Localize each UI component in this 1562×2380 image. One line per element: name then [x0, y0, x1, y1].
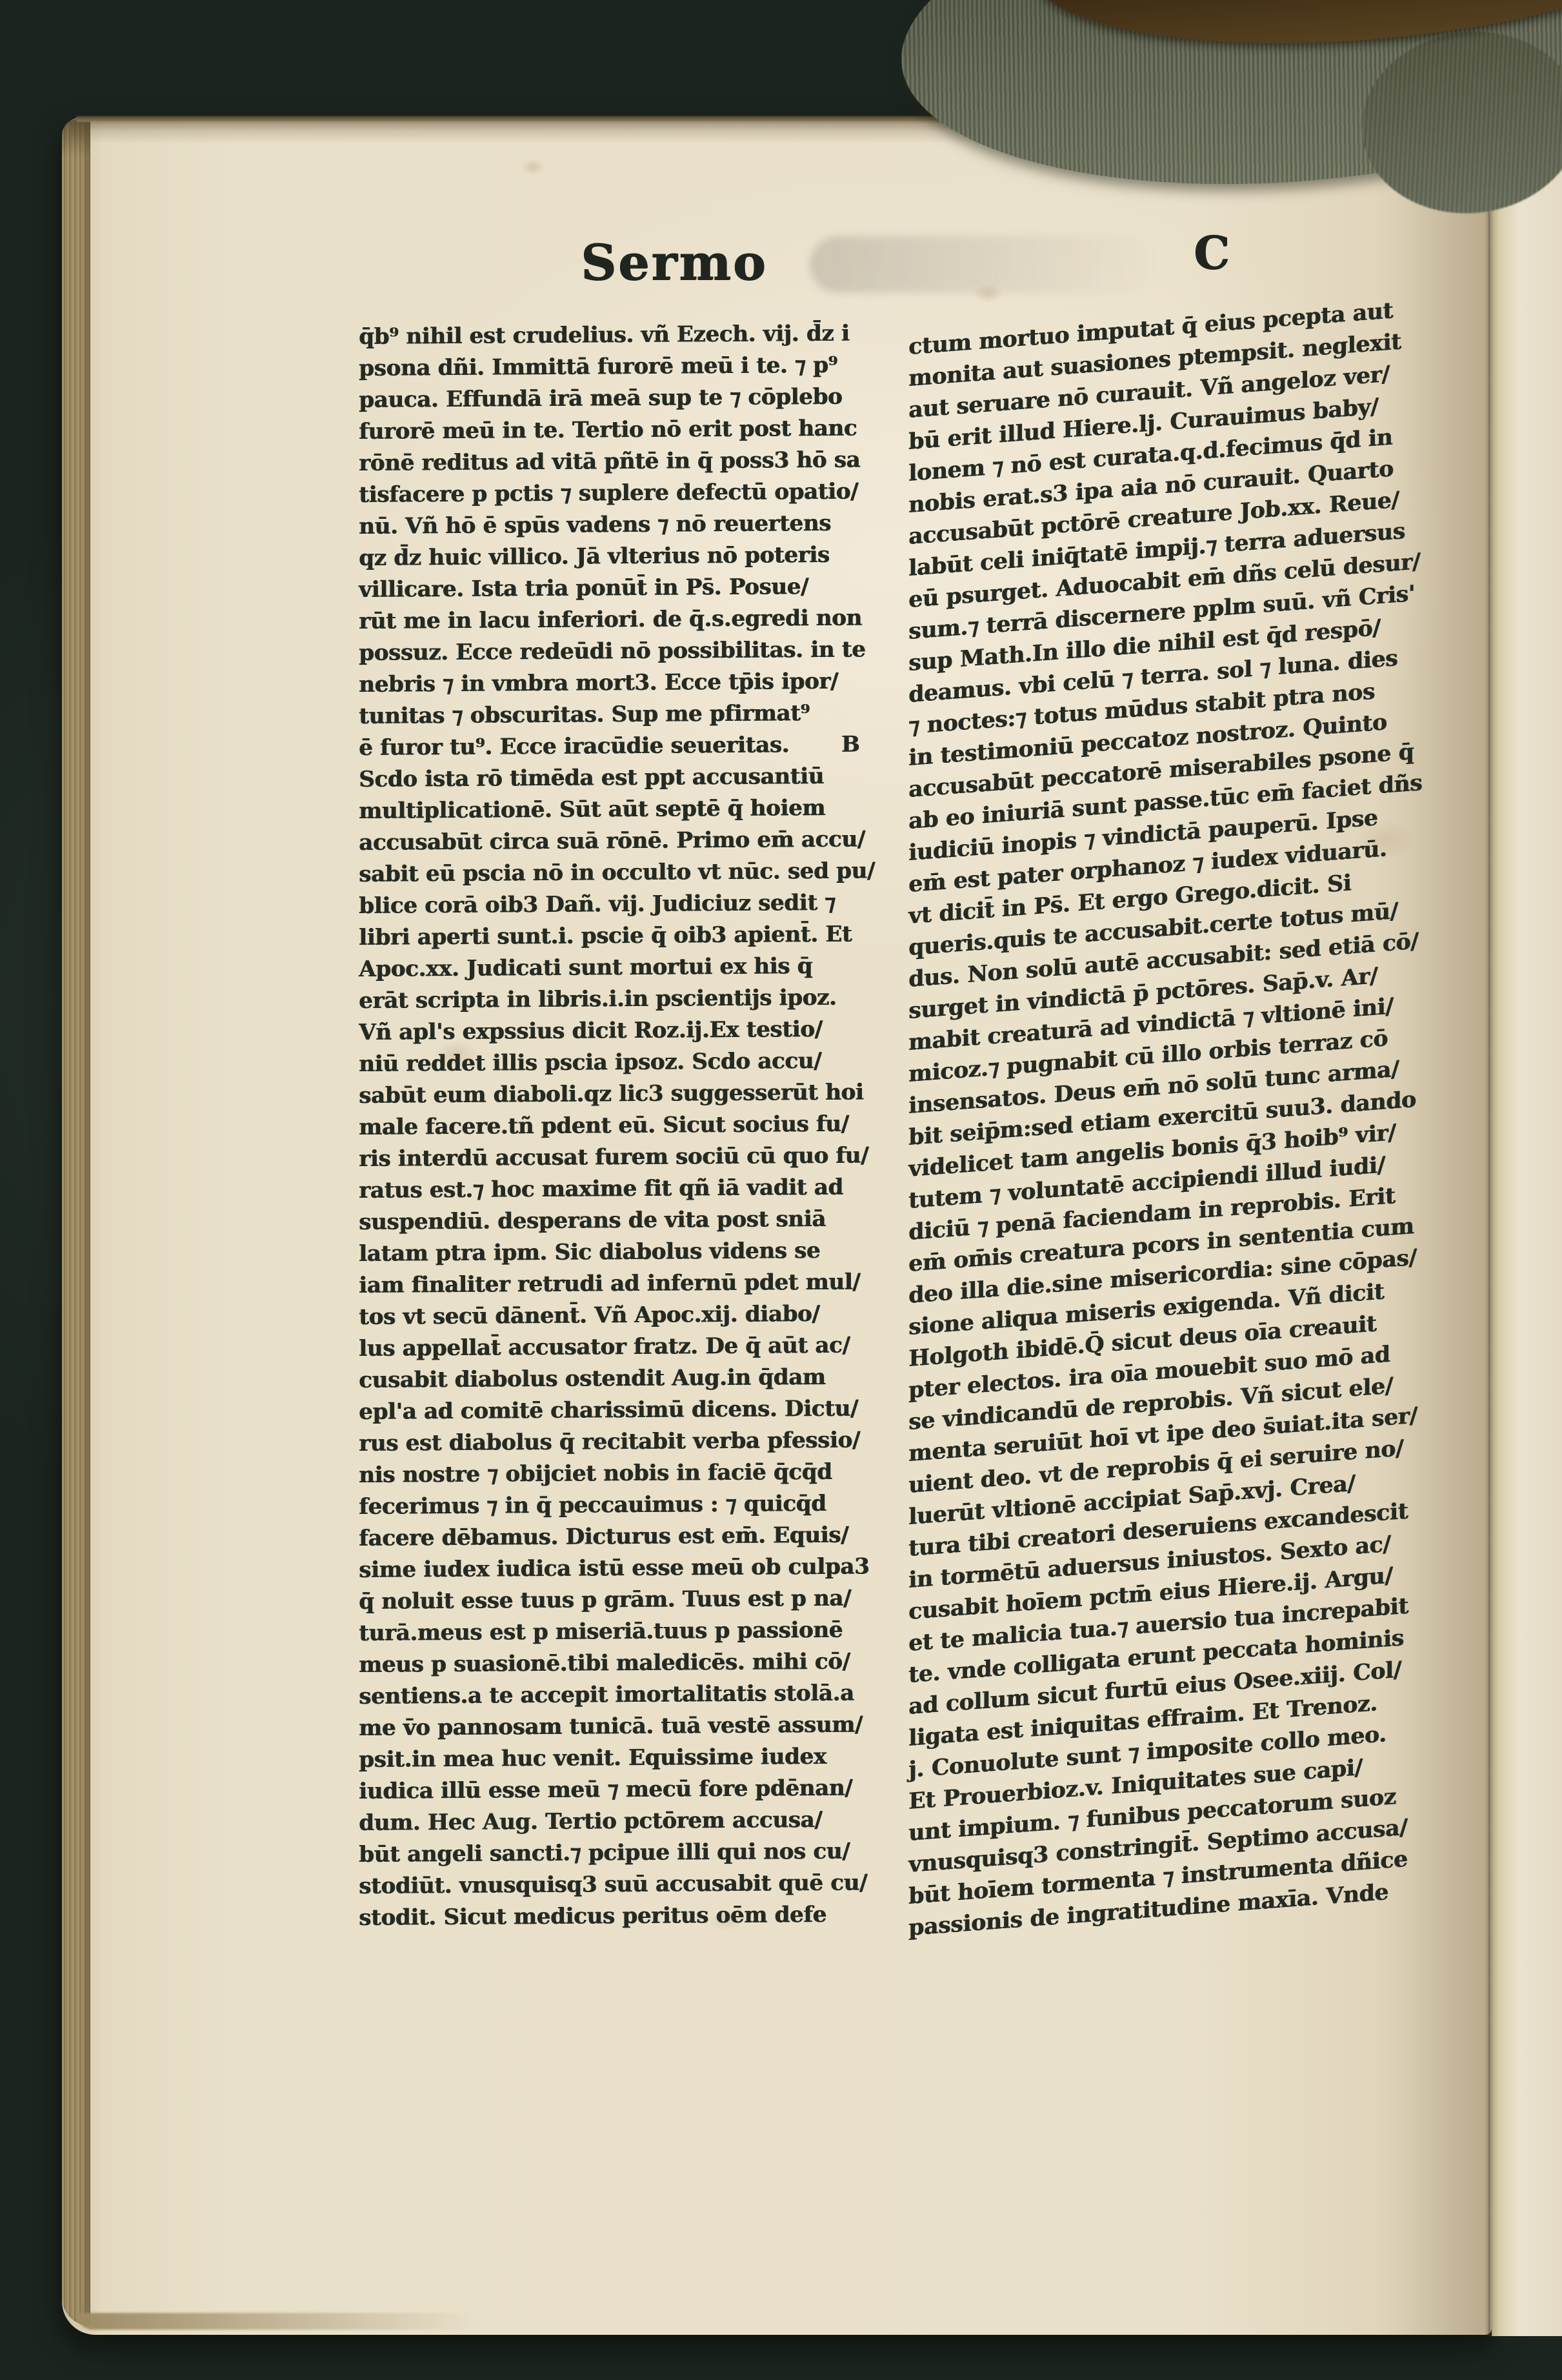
text-line: sabūt eum diaboli.qz lic3 suggesserūt ho…	[359, 1077, 859, 1112]
text-line: rōnē reditus ad vitā pñtē in q̄ poss3 hō…	[359, 445, 859, 479]
text-line: iam finaliter retrudi ad infernū pdet mu…	[359, 1267, 859, 1302]
text-line: Scdo ista rō timēda est ppt accusantiū	[359, 761, 859, 796]
text-line: tunitas ⁊ obscuritas. Sup me pfirmat⁹	[359, 698, 859, 732]
text-line: rus est diabolus q̄ recitabit verba pfes…	[359, 1425, 859, 1460]
text-column-right: ctum mortuo imputat q̄ eius pcepta autmo…	[908, 294, 1418, 1944]
text-line: psona dñi. Immittā furorē meū i te. ⁊ p⁹	[359, 350, 859, 385]
text-line: nis nostre ⁊ obijciet nobis in faciē q̄c…	[359, 1457, 859, 1491]
ink-showthrough	[810, 236, 1158, 293]
text-line: accusabūt circa suā rōnē. Primo em̄ accu…	[359, 824, 859, 859]
page-crease	[1485, 96, 1492, 2336]
text-line: ris interdū accusat furem sociū cū quo f…	[359, 1140, 859, 1175]
text-line: stodiūt. vnusquisq3 suū accusabit quē cu…	[359, 1868, 859, 1902]
text-line: suspendiū. desperans de vita post sniā	[359, 1204, 859, 1238]
text-line: cusabit diabolus ostendit Aug.in q̄dam	[359, 1362, 859, 1397]
text-line: lus appellat̄ accusator fratz. De q̄ aūt…	[359, 1330, 859, 1365]
text-line: stodit. Sicut medicus peritus oēm defe	[359, 1899, 859, 1934]
text-line: libri aperti sunt.i. pscie q̄ oib3 apien…	[359, 919, 859, 954]
text-line: possuz. Ecce redeūdi nō possibilitas. in…	[359, 634, 859, 669]
book-photo: Sermo C q̄b⁹ nihil est crudelius. vñ Eze…	[0, 0, 1562, 2380]
page-top-shadow	[71, 122, 1077, 144]
text-line: tos vt secū dānent̄. Vñ Apoc.xij. diabo/	[359, 1298, 859, 1333]
text-line: facere dēbamus. Dicturus est em̄. Equis/	[359, 1520, 859, 1555]
text-line: pauca. Effundā irā meā sup te ⁊ cōplebo	[359, 381, 859, 416]
text-line: furorē meū in te. Tertio nō erit post ha…	[359, 413, 859, 448]
text-line: ē furor tu⁹. Ecce iracūdie seueritas. B	[359, 729, 859, 764]
running-title: Sermo	[581, 234, 767, 291]
text-line: nebris ⁊ in vmbra mort3. Ecce tp̄is ipor…	[359, 666, 859, 701]
text-line: qz d̄z huic villico. Jā vlterius nō pote…	[359, 540, 859, 574]
text-line: nū. Vñ hō ē spūs vadens ⁊ nō reuertens	[359, 508, 859, 543]
text-line: tisfacere p pctis ⁊ suplere defectū opat…	[359, 476, 859, 511]
text-line: psit.in mea huc venit. Equissime iudex	[359, 1741, 859, 1776]
text-line: Apoc.xx. Judicati sunt mortui ex his q̄	[359, 951, 859, 985]
text-column-left: q̄b⁹ nihil est crudelius. vñ Ezech. vij.…	[359, 318, 859, 1934]
text-line: latam ptra ipm. Sic diabolus videns se	[359, 1235, 859, 1270]
page-bottom-edge	[76, 2313, 476, 2330]
text-line: q̄b⁹ nihil est crudelius. vñ Ezech. vij.…	[359, 318, 859, 353]
text-line: villicare. Ista tria ponūt̄ in Ps̄. Posu…	[359, 571, 859, 606]
folio-letter: C	[1194, 226, 1230, 279]
text-line: multiplicationē. Sūt aūt septē q̄ hoiem	[359, 792, 859, 827]
text-line: rūt me in lacu inferiori. de q̄.s.egredi…	[359, 603, 859, 638]
text-line: sabit eū pscia nō in occulto vt nūc. sed…	[359, 856, 859, 891]
text-line: dum. Hec Aug. Tertio pctōrem accusa/	[359, 1804, 859, 1839]
text-line: sentiens.a te accepit imortalitatis stol…	[359, 1678, 859, 1713]
text-line: male facere.tñ pdent eū. Sicut socius fu…	[359, 1109, 859, 1144]
text-line: erāt scripta in libris.i.in pscientijs i…	[359, 982, 859, 1017]
text-line: niū reddet illis pscia ipsoz. Scdo accu/	[359, 1045, 859, 1080]
text-line: būt angeli sancti.⁊ pcipue illi qui nos …	[359, 1836, 859, 1871]
text-line: sime iudex iudica istū esse meū ob culpa…	[359, 1551, 859, 1586]
page-top-edge	[76, 116, 1057, 122]
text-line: q̄ noluit esse tuus p grām. Tuus est p n…	[359, 1583, 859, 1618]
text-line: me v̄o pannosam tunicā. tuā vestē assum/	[359, 1709, 859, 1744]
text-line: turā.meus est p miseriā.tuus p passionē	[359, 1615, 859, 1649]
text-line: fecerimus ⁊ in q̄ peccauimus : ⁊ quicq̄d	[359, 1488, 859, 1523]
text-line: epl'a ad comitē charissimū dicens. Dictu…	[359, 1393, 859, 1428]
text-line: Vñ apl's expssius dicit Roz.ij.Ex testio…	[359, 1014, 859, 1049]
text-line: blice corā oib3 Dañ. vij. Judiciuz sedit…	[359, 887, 859, 922]
next-page-edge	[1492, 96, 1562, 2336]
text-line: iudica illū esse meū ⁊ mecū fore pdēnan/	[359, 1773, 859, 1808]
page-edge-stack-left	[62, 119, 90, 2326]
text-line: meus p suasionē.tibi maledicēs. mihi cō/	[359, 1646, 859, 1681]
text-line: ratus est.⁊ hoc maxime fit qñ iā vadit a…	[359, 1172, 859, 1207]
